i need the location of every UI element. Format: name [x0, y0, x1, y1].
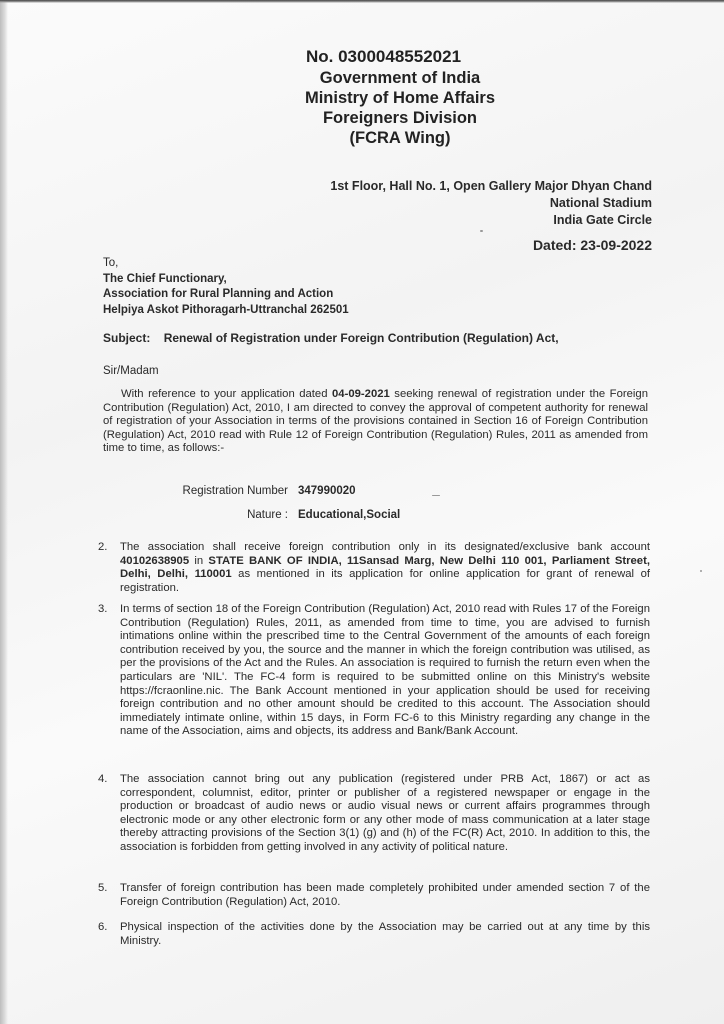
item-number: 6.	[98, 921, 120, 948]
item-number: 4.	[98, 773, 120, 855]
item-text: The association cannot bring out any pub…	[120, 773, 650, 855]
item-number: 3.	[98, 603, 120, 739]
item-text: The association shall receive foreign co…	[120, 541, 650, 595]
item-number: 2.	[98, 541, 120, 595]
nature-label: Nature :	[150, 503, 298, 527]
letterhead-division: Foreigners Division	[290, 108, 510, 128]
registration-details: Registration Number 347990020 Nature : E…	[150, 479, 400, 527]
letterhead-government: Government of India	[290, 68, 510, 88]
address-line-2: National Stadium	[330, 195, 652, 212]
address-line-1: 1st Floor, Hall No. 1, Open Gallery Majo…	[330, 178, 652, 195]
condition-item-6: 6. Physical inspection of the activities…	[98, 921, 650, 948]
salutation: Sir/Madam	[103, 365, 159, 377]
letterhead-ministry: Ministry of Home Affairs	[290, 88, 510, 108]
subject-line: Subject: Renewal of Registration under F…	[103, 331, 559, 345]
recipient-address: Helpiya Askot Pithoragarh-Uttranchal 262…	[103, 303, 349, 319]
item-text: Physical inspection of the activities do…	[120, 921, 650, 948]
item-number: 5.	[98, 882, 120, 909]
recipient-block: To, The Chief Functionary, Association f…	[103, 256, 349, 318]
item-2-text-b: in	[189, 555, 208, 567]
intro-paragraph: With reference to your application dated…	[103, 388, 648, 456]
subject-label: Subject:	[103, 331, 150, 345]
office-address: 1st Floor, Hall No. 1, Open Gallery Majo…	[330, 178, 652, 254]
item-text: In terms of section 18 of the Foreign Co…	[120, 603, 650, 739]
scan-speck	[700, 570, 702, 572]
application-date: 04-09-2021	[332, 388, 390, 400]
recipient-title: The Chief Functionary,	[103, 272, 349, 288]
registration-number-row: Registration Number 347990020	[150, 479, 400, 503]
item-2-text-a: The association shall receive foreign co…	[120, 541, 650, 553]
bank-account-number: 40102638905	[120, 555, 189, 567]
scan-speck	[480, 230, 483, 232]
registration-number-value: 347990020	[298, 479, 356, 503]
registration-number-label: Registration Number	[150, 479, 298, 503]
scan-speck	[432, 495, 440, 496]
letter-date: Dated: 23-09-2022	[330, 237, 652, 254]
condition-item-3: 3. In terms of section 18 of the Foreign…	[98, 603, 650, 739]
scan-left-edge-shadow	[0, 0, 8, 1024]
nature-value: Educational,Social	[298, 503, 400, 527]
condition-item-2: 2. The association shall receive foreign…	[98, 541, 650, 595]
condition-item-4: 4. The association cannot bring out any …	[98, 773, 650, 855]
nature-row: Nature : Educational,Social	[150, 503, 400, 527]
condition-item-5: 5. Transfer of foreign contribution has …	[98, 882, 650, 909]
subject-text: Renewal of Registration under Foreign Co…	[164, 331, 559, 345]
address-line-3: India Gate Circle	[330, 212, 652, 229]
intro-text-before: With reference to your application dated	[121, 388, 332, 400]
recipient-organization: Association for Rural Planning and Actio…	[103, 287, 349, 303]
scanned-letter-page: No. 0300048552021 Government of India Mi…	[0, 0, 724, 1024]
letterhead-wing: (FCRA Wing)	[290, 128, 510, 148]
scan-top-edge-shadow	[0, 0, 724, 3]
document-number: No. 0300048552021	[306, 46, 510, 68]
letterhead: No. 0300048552021 Government of India Mi…	[290, 46, 510, 148]
item-text: Transfer of foreign contribution has bee…	[120, 882, 650, 909]
recipient-to: To,	[103, 256, 349, 272]
